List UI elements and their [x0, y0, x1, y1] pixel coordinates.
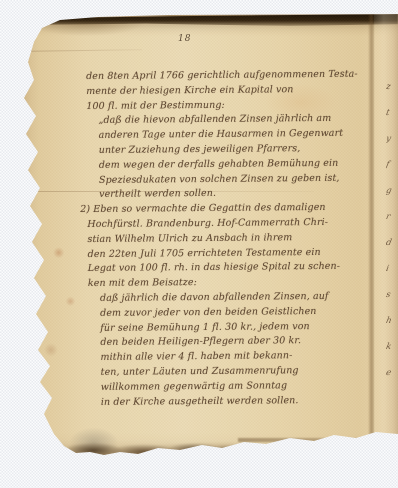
ink-fragment: h	[386, 308, 398, 334]
ink-fragment: e	[386, 360, 398, 386]
handwriting-line: den 8ten April 1766 gerichtlich aufgenom…	[86, 67, 386, 84]
ink-fragment: d	[386, 230, 398, 256]
book-top-edge-shadow	[38, 14, 398, 26]
handwriting-block: den 8ten April 1766 gerichtlich aufgenom…	[86, 67, 389, 410]
ink-fragment: r	[386, 204, 398, 230]
facing-page-ink-fragments: z t y f g r d i s h k e	[386, 74, 398, 386]
ink-fragment: f	[386, 152, 398, 178]
ink-fragment: z	[386, 74, 398, 100]
manuscript-page: 18 den 8ten April 1766 gerichtlich aufge…	[8, 14, 398, 456]
scanned-document-photo: 18 den 8ten April 1766 gerichtlich aufge…	[0, 0, 398, 488]
ink-fragment: t	[386, 100, 398, 126]
handwriting-line: in der Kirche ausgetheilt werden sollen.	[89, 393, 389, 410]
bottom-edge-stain	[68, 442, 236, 456]
bottom-edge-shadow	[238, 438, 396, 442]
handwriting-line: anderen Tage unter die Hausarmen in Gege…	[87, 127, 387, 144]
ink-fragment: k	[386, 334, 398, 360]
ink-fragment: g	[386, 178, 398, 204]
paper-crease-upper	[30, 49, 142, 52]
page-number: 18	[178, 34, 191, 44]
ink-fragment: y	[386, 126, 398, 152]
ink-fragment: i	[386, 256, 398, 282]
ink-fragment: s	[386, 282, 398, 308]
